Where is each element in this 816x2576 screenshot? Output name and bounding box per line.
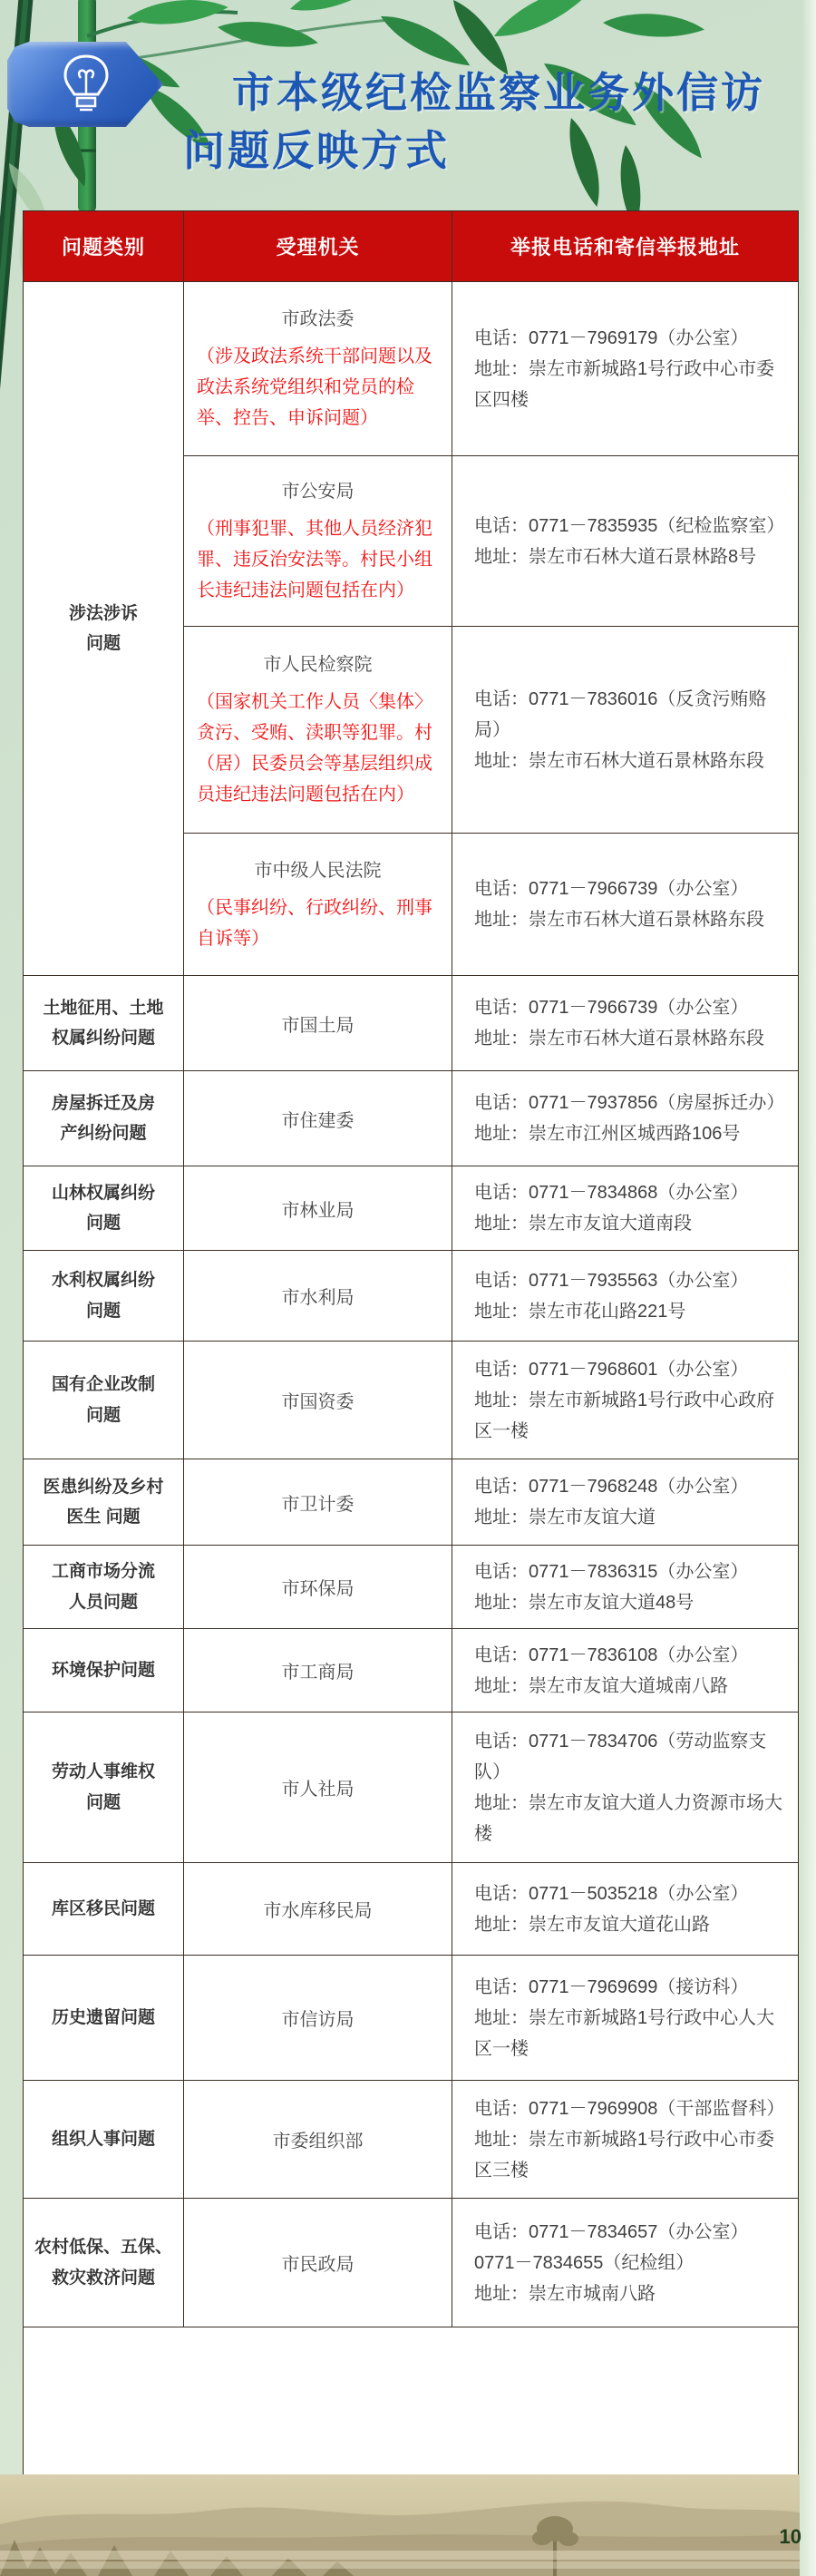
address-line: 地址：崇左市友谊大道人力资源市场大楼 (474, 1788, 785, 1849)
table-row: 历史遗留问题 市信访局 电话：0771－7969699（接访科） 地址：崇左市新… (24, 1956, 799, 2081)
contact-cell: 电话：0771－7834706（劳动监察支队） 地址：崇左市友谊大道人力资源市场… (452, 1712, 799, 1863)
agency-cell: 市工商局 (184, 1629, 452, 1712)
phone-line: 电话：0771－7966739（办公室） (474, 873, 785, 904)
agency-note: （国家机关工作人员〈集体〉贪污、受贿、渎职等犯罪。村（居）民委员会等基层组织成员… (193, 687, 442, 810)
category-cell: 土地征用、土地 权属纠纷问题 (24, 976, 184, 1071)
table-row: 房屋拆迁及房 产纠纷问题 市住建委 电话：0771－7937856（房屋拆迁办）… (24, 1071, 799, 1166)
address-line: 地址：崇左市江州区城西路106号 (474, 1118, 785, 1149)
contact-cell: 电话：0771－7969179（办公室） 地址：崇左市新城路1号行政中心市委区四… (452, 282, 799, 456)
col-header-contact: 举报电话和寄信举报地址 (452, 211, 799, 282)
address-line: 地址：崇左市石林大道石景林路东段 (474, 746, 785, 776)
phone-line: 电话：0771－7836315（办公室） (474, 1556, 785, 1587)
contact-cell: 电话：0771－7935563（办公室） 地址：崇左市花山路221号 (452, 1251, 799, 1342)
agency-cell: 市人社局 (184, 1712, 452, 1863)
agency-cell: 市国资委 (184, 1342, 452, 1459)
agency-note: （刑事犯罪、其他人员经济犯罪、违反治安法等。村民小组长违纪违法问题包括在内） (193, 513, 442, 606)
category-cell: 医患纠纷及乡村 医生 问题 (24, 1459, 184, 1546)
address-line: 地址：崇左市新城路1号行政中心市委区四楼 (474, 354, 785, 415)
table-row-empty (24, 2327, 799, 2475)
phone-line: 电话：0771－7834657（办公室） (474, 2217, 785, 2248)
agency-name: 市环保局 (193, 1574, 442, 1600)
agency-cell: 市委组织部 (184, 2081, 452, 2199)
agency-name: 市卫计委 (193, 1489, 442, 1516)
address-line: 地址：崇左市石林大道石景林路东段 (474, 904, 785, 935)
agency-name: 市信访局 (193, 2005, 442, 2031)
phone-line: 电话：0771－7834706（劳动监察支队） (474, 1726, 785, 1788)
contact-cell: 电话：0771－7836016（反贪污贿赂局） 地址：崇左市石林大道石景林路东段 (452, 627, 799, 834)
agency-name: 市林业局 (193, 1195, 442, 1222)
page-edge-highlight (801, 0, 816, 2576)
footer-landscape (0, 2474, 800, 2576)
address-line: 地址：崇左市友谊大道 (474, 1502, 785, 1533)
agency-note: （涉及政法系统干部问题以及政法系统党组织和党员的检举、控告、申诉问题） (193, 341, 442, 434)
address-line: 地址：崇左市城南八路 (474, 2278, 785, 2309)
agency-cell: 市卫计委 (184, 1459, 452, 1546)
category-cell: 环境保护问题 (24, 1629, 184, 1712)
contact-table: 问题类别 受理机关 举报电话和寄信举报地址 涉法涉诉 问题 市政法委 （涉及政法… (23, 210, 799, 2475)
agency-cell: 市环保局 (184, 1546, 452, 1629)
phone-line: 电话：0771－7968248（办公室） (474, 1471, 785, 1502)
agency-name: 市人民检察院 (193, 649, 442, 676)
table-row: 环境保护问题 市工商局 电话：0771－7836108（办公室） 地址：崇左市友… (24, 1629, 799, 1712)
agency-name: 市水库移民局 (193, 1896, 442, 1922)
agency-name: 市人社局 (193, 1774, 442, 1800)
agency-note: （民事纠纷、行政纠纷、刑事自诉等） (193, 893, 442, 954)
contact-cell: 电话：0771－7836315（办公室） 地址：崇左市友谊大道48号 (452, 1546, 799, 1629)
phone-line-2: 0771－7834655（纪检组） (474, 2248, 785, 2278)
agency-name: 市民政局 (193, 2249, 442, 2276)
category-cell: 水利权属纠纷 问题 (24, 1251, 184, 1342)
agency-name: 市工商局 (193, 1657, 442, 1683)
address-line: 地址：崇左市石林大道石景林路东段 (474, 1023, 785, 1054)
contact-cell: 电话：0771－5035218（办公室） 地址：崇左市友谊大道花山路 (452, 1863, 799, 1956)
address-line: 地址：崇左市友谊大道花山路 (474, 1909, 785, 1940)
agency-cell: 市民政局 (184, 2199, 452, 2327)
category-cell: 历史遗留问题 (24, 1956, 184, 2081)
address-line: 地址：崇左市石林大道石景林路8号 (474, 542, 785, 572)
agency-name: 市国土局 (193, 1010, 442, 1037)
phone-line: 电话：0771－7836016（反贪污贿赂局） (474, 684, 785, 746)
contact-cell: 电话：0771－7969699（接访科） 地址：崇左市新城路1号行政中心人大区一… (452, 1956, 799, 2081)
table-row: 库区移民问题 市水库移民局 电话：0771－5035218（办公室） 地址：崇左… (24, 1863, 799, 1956)
phone-line: 电话：0771－7834868（办公室） (474, 1177, 785, 1208)
category-cell: 库区移民问题 (24, 1863, 184, 1956)
agency-cell: 市国土局 (184, 976, 452, 1071)
page-title-line1: 市本级纪检监察业务外信访 (232, 60, 765, 120)
agency-cell: 市信访局 (184, 1956, 452, 2081)
table-row: 水利权属纠纷 问题 市水利局 电话：0771－7935563（办公室） 地址：崇… (24, 1251, 799, 1342)
table-row: 医患纠纷及乡村 医生 问题 市卫计委 电话：0771－7968248（办公室） … (24, 1459, 799, 1546)
mountain-landscape-icon (0, 2474, 800, 2576)
agency-name: 市政法委 (193, 304, 442, 330)
agency-name: 市中级人民法院 (193, 855, 442, 882)
category-cell: 农村低保、五保、 救灾救济问题 (24, 2199, 184, 2327)
contact-cell: 电话：0771－7834868（办公室） 地址：崇左市友谊大道南段 (452, 1166, 799, 1251)
category-cell: 山林权属纠纷 问题 (24, 1166, 184, 1251)
phone-line: 电话：0771－5035218（办公室） (474, 1878, 785, 1909)
table-row: 劳动人事维权 问题 市人社局 电话：0771－7834706（劳动监察支队） 地… (24, 1712, 799, 1863)
agency-cell: 市林业局 (184, 1166, 452, 1251)
page: 市本级纪检监察业务外信访 问题反映方式 问题类别 受理机关 举报电话和寄信举报地… (0, 0, 816, 2576)
address-line: 地址：崇左市新城路1号行政中心市委区三楼 (474, 2124, 785, 2186)
address-line: 地址：崇左市友谊大道48号 (474, 1587, 785, 1618)
agency-name: 市公安局 (193, 476, 442, 503)
phone-line: 电话：0771－7969699（接访科） (474, 1972, 785, 2003)
address-line: 地址：崇左市新城路1号行政中心政府区一楼 (474, 1385, 785, 1447)
agency-cell: 市水利局 (184, 1251, 452, 1342)
category-cell: 劳动人事维权 问题 (24, 1712, 184, 1863)
category-cell: 组织人事问题 (24, 2081, 184, 2199)
contact-cell: 电话：0771－7937856（房屋拆迁办） 地址：崇左市江州区城西路106号 (452, 1071, 799, 1166)
phone-line: 电话：0771－7835935（纪检监察室） (474, 511, 785, 542)
col-header-agency: 受理机关 (184, 211, 452, 282)
contact-cell: 电话：0771－7968601（办公室） 地址：崇左市新城路1号行政中心政府区一… (452, 1342, 799, 1459)
table-row: 农村低保、五保、 救灾救济问题 市民政局 电话：0771－7834657（办公室… (24, 2199, 799, 2327)
address-line: 地址：崇左市花山路221号 (474, 1296, 785, 1327)
address-line: 地址：崇左市新城路1号行政中心人大区一楼 (474, 2003, 785, 2064)
phone-line: 电话：0771－7969908（干部监督科） (474, 2093, 785, 2124)
contact-cell: 电话：0771－7835935（纪检监察室） 地址：崇左市石林大道石景林路8号 (452, 456, 799, 627)
category-cell: 工商市场分流 人员问题 (24, 1546, 184, 1629)
table-row: 土地征用、土地 权属纠纷问题 市国土局 电话：0771－7966739（办公室）… (24, 976, 799, 1071)
contact-cell: 电话：0771－7966739（办公室） 地址：崇左市石林大道石景林路东段 (452, 976, 799, 1071)
table-row: 涉法涉诉 问题 市政法委 （涉及政法系统干部问题以及政法系统党组织和党员的检举、… (24, 282, 799, 456)
table-header-row: 问题类别 受理机关 举报电话和寄信举报地址 (24, 211, 799, 282)
contact-cell: 电话：0771－7836108（办公室） 地址：崇左市友谊大道城南八路 (452, 1629, 799, 1712)
phone-line: 电话：0771－7836108（办公室） (474, 1640, 785, 1671)
contact-cell: 电话：0771－7966739（办公室） 地址：崇左市石林大道石景林路东段 (452, 834, 799, 976)
table-row: 工商市场分流 人员问题 市环保局 电话：0771－7836315（办公室） 地址… (24, 1546, 799, 1629)
agency-cell: 市水库移民局 (184, 1863, 452, 1956)
phone-line: 电话：0771－7937856（房屋拆迁办） (474, 1088, 785, 1118)
col-header-category: 问题类别 (24, 211, 184, 282)
table-row: 山林权属纠纷 问题 市林业局 电话：0771－7834868（办公室） 地址：崇… (24, 1166, 799, 1251)
agency-cell: 市人民检察院 （国家机关工作人员〈集体〉贪污、受贿、渎职等犯罪。村（居）民委员会… (184, 627, 452, 834)
address-line: 地址：崇左市友谊大道城南八路 (474, 1671, 785, 1702)
contact-cell: 电话：0771－7834657（办公室） 0771－7834655（纪检组） 地… (452, 2199, 799, 2327)
agency-cell: 市住建委 (184, 1071, 452, 1166)
category-cell: 房屋拆迁及房 产纠纷问题 (24, 1071, 184, 1166)
agency-cell: 市政法委 （涉及政法系统干部问题以及政法系统党组织和党员的检举、控告、申诉问题） (184, 282, 452, 456)
table-row: 组织人事问题 市委组织部 电话：0771－7969908（干部监督科） 地址：崇… (24, 2081, 799, 2199)
agency-name: 市住建委 (193, 1106, 442, 1132)
agency-name: 市水利局 (193, 1283, 442, 1309)
phone-line: 电话：0771－7968601（办公室） (474, 1354, 785, 1385)
category-cell: 国有企业改制 问题 (24, 1342, 184, 1459)
phone-line: 电话：0771－7969179（办公室） (474, 323, 785, 354)
address-line: 地址：崇左市友谊大道南段 (474, 1208, 785, 1239)
agency-name: 市委组织部 (193, 2126, 442, 2152)
phone-line: 电话：0771－7966739（办公室） (474, 992, 785, 1023)
lightbulb-icon (54, 51, 118, 118)
agency-cell: 市中级人民法院 （民事纠纷、行政纠纷、刑事自诉等） (184, 834, 452, 976)
agency-name: 市国资委 (193, 1387, 442, 1413)
table-row: 国有企业改制 问题 市国资委 电话：0771－7968601（办公室） 地址：崇… (24, 1342, 799, 1459)
agency-cell: 市公安局 （刑事犯罪、其他人员经济犯罪、违反治安法等。村民小组长违纪违法问题包括… (184, 456, 452, 627)
contact-cell: 电话：0771－7969908（干部监督科） 地址：崇左市新城路1号行政中心市委… (452, 2081, 799, 2199)
contact-cell: 电话：0771－7968248（办公室） 地址：崇左市友谊大道 (452, 1459, 799, 1546)
page-title-line2: 问题反映方式 (183, 118, 450, 178)
empty-cell (24, 2327, 799, 2475)
category-cell: 涉法涉诉 问题 (24, 282, 184, 976)
phone-line: 电话：0771－7935563（办公室） (474, 1265, 785, 1296)
page-number: 10 (780, 2525, 801, 2549)
